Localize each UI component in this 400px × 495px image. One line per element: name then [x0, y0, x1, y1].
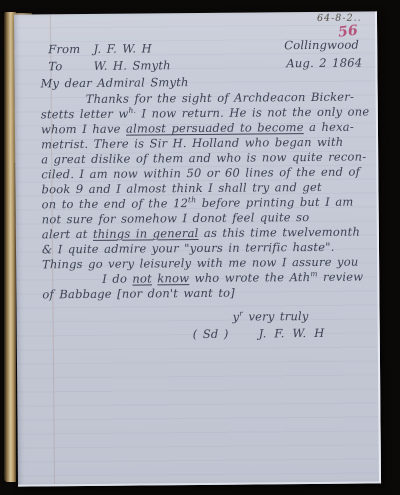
text-segment: ciled. I am now within 50 or 60 lines of…: [41, 165, 360, 182]
underlined-text: not: [132, 271, 152, 285]
letter-line: on to the end of the 12th before printin…: [42, 194, 376, 212]
date-line: Aug. 2 1864: [286, 56, 362, 71]
underlined-text: know: [157, 271, 189, 285]
text-segment: whom I have: [41, 122, 126, 137]
text-segment: a great dislike of them and who is now q…: [41, 150, 366, 167]
letter-line: ciled. I am now within 50 or 60 lines of…: [41, 164, 375, 182]
text-segment: I now return. He is not the only one: [136, 104, 369, 120]
header-from-row: From J. F. W. H: [48, 41, 152, 56]
text-segment: metrist. There is Sir H. Holland who beg…: [41, 135, 343, 152]
text-segment: a hexa-: [304, 120, 354, 134]
text-segment: of Babbage [nor don't want to]: [42, 286, 235, 302]
letter-line: of Babbage [nor don't want to]: [42, 284, 376, 302]
scan-background: 64-8-2.. 56 From J. F. W. H Collingwood …: [0, 0, 400, 495]
text-segment: stetts letter w: [41, 107, 129, 122]
text-segment: I do: [102, 272, 132, 286]
salutation: My dear Admiral Smyth: [40, 75, 188, 90]
text-segment: alert at: [42, 227, 93, 241]
to-label: To: [48, 59, 88, 73]
underlined-text: almost persuaded to become: [126, 120, 304, 136]
letter-line: I do not know who wrote the Athm review: [42, 269, 376, 287]
from-value: J. F. W. H: [94, 41, 152, 56]
letter-page: 64-8-2.. 56 From J. F. W. H Collingwood …: [14, 11, 381, 486]
text-segment: not sure for somehow I donot feel quite …: [42, 210, 310, 226]
text-segment: Thanks for the sight of Archdeacon Bicke…: [86, 90, 354, 106]
text-segment: as this time twelvemonth: [198, 225, 360, 240]
letter-body: Thanks for the sight of Archdeacon Bicke…: [41, 89, 377, 302]
text-segment: & I quite admire your "yours in terrific…: [42, 240, 335, 257]
underlined-text: things in general: [93, 226, 199, 241]
text-segment: book 9 and I almost think I shall try an…: [41, 180, 321, 196]
text-segment: before printing but I am: [196, 195, 353, 210]
signature: J. F. W. H: [259, 326, 325, 341]
from-label: From: [48, 42, 88, 56]
valediction: yr very truly: [233, 309, 309, 324]
header-to-row: To W. H. Smyth: [48, 58, 170, 73]
text-segment: who wrote the Ath: [189, 270, 310, 285]
text-segment: review: [318, 270, 364, 284]
to-value: W. H. Smyth: [94, 58, 171, 73]
text-segment: very truly: [243, 309, 309, 324]
signed-abbreviation: ( Sd ): [193, 327, 229, 341]
place-line: Collingwood: [284, 38, 359, 53]
text-segment: th: [188, 195, 196, 204]
text-segment: on to the end of the 12: [42, 196, 189, 211]
